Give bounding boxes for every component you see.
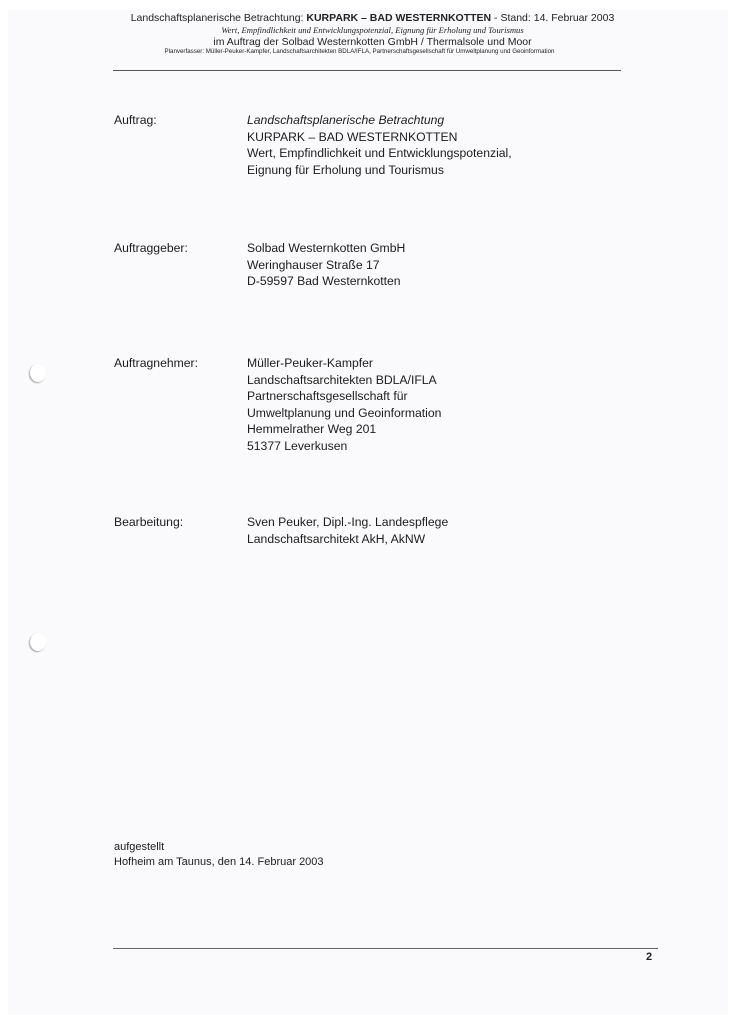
section-value: Müller-Peuker-Kampfer Landschaftsarchite… [247, 355, 441, 454]
punch-hole-bottom [30, 633, 46, 651]
header-title-line: Landschaftsplanerische Betrachtung: KURP… [0, 12, 745, 25]
section-label: Bearbeitung: [114, 514, 183, 531]
header-client-line: im Auftrag der Solbad Westernkotten GmbH… [0, 36, 745, 48]
section-value: Landschaftsplanerische Betrachtung KURPA… [247, 112, 512, 178]
header-project-name: KURPARK – BAD WESTERNKOTTEN [306, 12, 491, 24]
header-divider [113, 70, 621, 71]
page-number: 2 [646, 951, 652, 963]
aufgestellt-label: aufgestellt [114, 840, 324, 855]
section-label: Auftragnehmer: [114, 355, 198, 372]
place-date: Hofheim am Taunus, den 14. Februar 2003 [114, 855, 324, 870]
header-author-line: Planverfasser: Müller-Peuker-Kampfer, La… [0, 48, 745, 56]
page-header: Landschaftsplanerische Betrachtung: KURP… [0, 12, 745, 56]
section-value: Solbad Westernkotten GmbH Weringhauser S… [247, 240, 405, 290]
header-subtitle: Wert, Empfindlichkeit und Entwicklungspo… [0, 25, 745, 36]
footer-divider [113, 948, 658, 949]
signature-block: aufgestellt Hofheim am Taunus, den 14. F… [114, 840, 324, 870]
section-label: Auftrag: [114, 112, 157, 129]
section-value: Sven Peuker, Dipl.-Ing. Landespflege Lan… [247, 514, 448, 547]
section-label: Auftraggeber: [114, 240, 188, 257]
punch-hole-top [30, 364, 46, 382]
